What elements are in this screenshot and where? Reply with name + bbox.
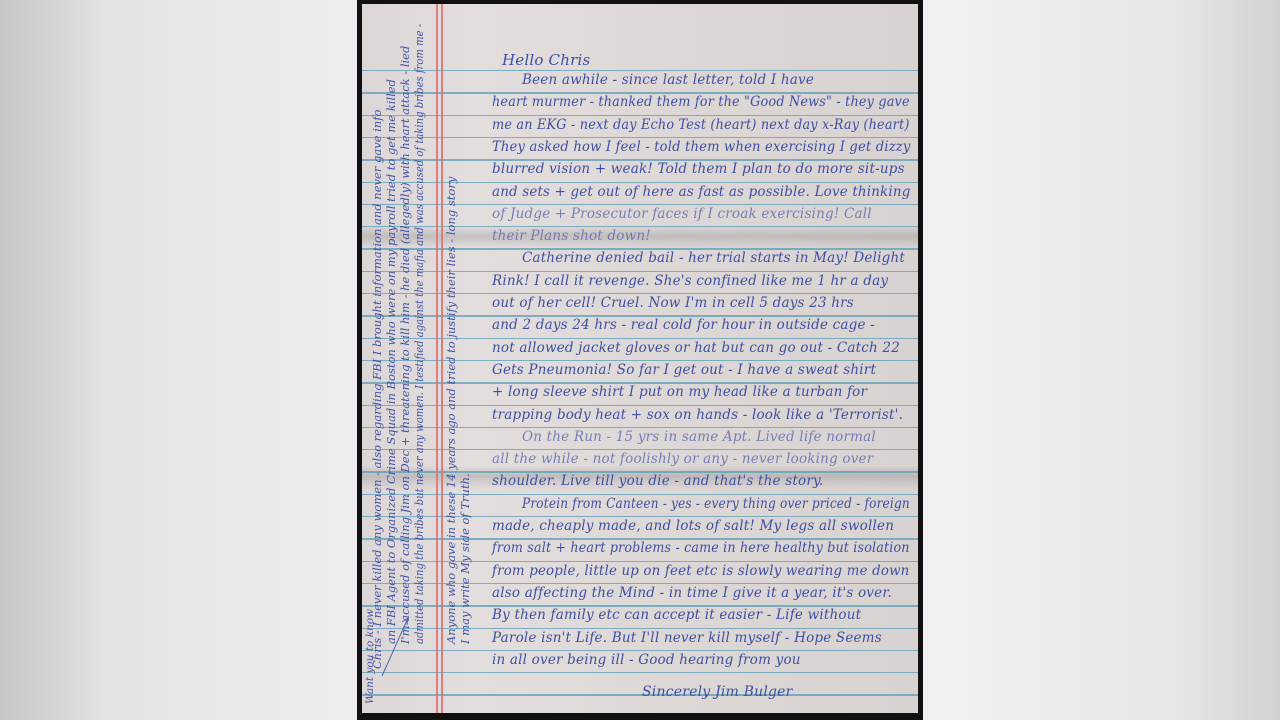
margin-note-line: admitted taking the bribes but never any… [412, 24, 426, 644]
letter-line: made, cheaply made, and lots of salt! My… [492, 518, 894, 534]
salutation: Hello Chris [502, 52, 590, 68]
margin-note-line: Chris - I never killed any women - also … [370, 110, 384, 669]
letter-line: in all over being ill - Good hearing fro… [492, 652, 801, 668]
letter-line: Parole isn't Life. But I'll never kill m… [492, 630, 882, 646]
margin-note-line: an FBI Agent to Organized Crime Squad in… [384, 79, 398, 644]
letter-line: shoulder. Live till you die - and that's… [492, 473, 824, 489]
letter-line: On the Run - 15 yrs in same Apt. Lived l… [522, 429, 876, 445]
letter-page: Chris - I never killed any women - also … [362, 4, 918, 713]
letter-line: heart murmer - thanked them for the "Goo… [492, 94, 910, 110]
letter-line: from people, little up on feet etc is sl… [492, 563, 909, 579]
letter-line: and sets + get out of here as fast as po… [492, 184, 910, 200]
signature: Sincerely Jim Bulger [642, 684, 793, 700]
letter-line: out of her cell! Cruel. Now I'm in cell … [492, 295, 854, 311]
letter-line: and 2 days 24 hrs - real cold for hour i… [492, 317, 875, 333]
letter-line: Gets Pneumonia! So far I get out - I hav… [492, 362, 876, 378]
letter-line: of Judge + Prosecutor faces if I croak e… [492, 206, 872, 222]
letter-line: Rink! I call it revenge. She's confined … [492, 273, 888, 289]
letter-line: They asked how I feel - told them when e… [492, 139, 910, 155]
letter-line: their Plans shot down! [492, 228, 651, 244]
letter-line: not allowed jacket gloves or hat but can… [492, 340, 900, 356]
letter-line: By then family etc can accept it easier … [492, 607, 861, 623]
letter-line: me an EKG - next day Echo Test (heart) n… [492, 117, 910, 133]
letter-line: also affecting the Mind - in time I give… [492, 585, 892, 601]
letter-line: Protein from Canteen - yes - every thing… [522, 496, 910, 512]
letter-line: from salt + heart problems - came in her… [492, 540, 910, 556]
letter-line: blurred vision + weak! Told them I plan … [492, 161, 905, 177]
letter-line: + long sleeve shirt I put on my head lik… [492, 384, 867, 400]
margin-note-line: Anyone who gave in these 14 years ago an… [444, 177, 458, 644]
arrow-icon [378, 610, 418, 680]
letter-line: all the while - not foolishly or any - n… [492, 451, 873, 467]
letter-line: Catherine denied bail - her trial starts… [522, 250, 905, 266]
letter-line: trapping body heat + sox on hands - look… [492, 407, 903, 423]
margin-note-line: I may write My side of Truth. [458, 473, 472, 644]
letter-line: Been awhile - since last letter, told I … [522, 72, 814, 88]
margin-note-line: I'm accused of calling Jim on Dec + thre… [398, 46, 412, 644]
margin-notes: Chris - I never killed any women - also … [364, 4, 492, 713]
margin-corner-note: Want you to know [364, 609, 376, 704]
